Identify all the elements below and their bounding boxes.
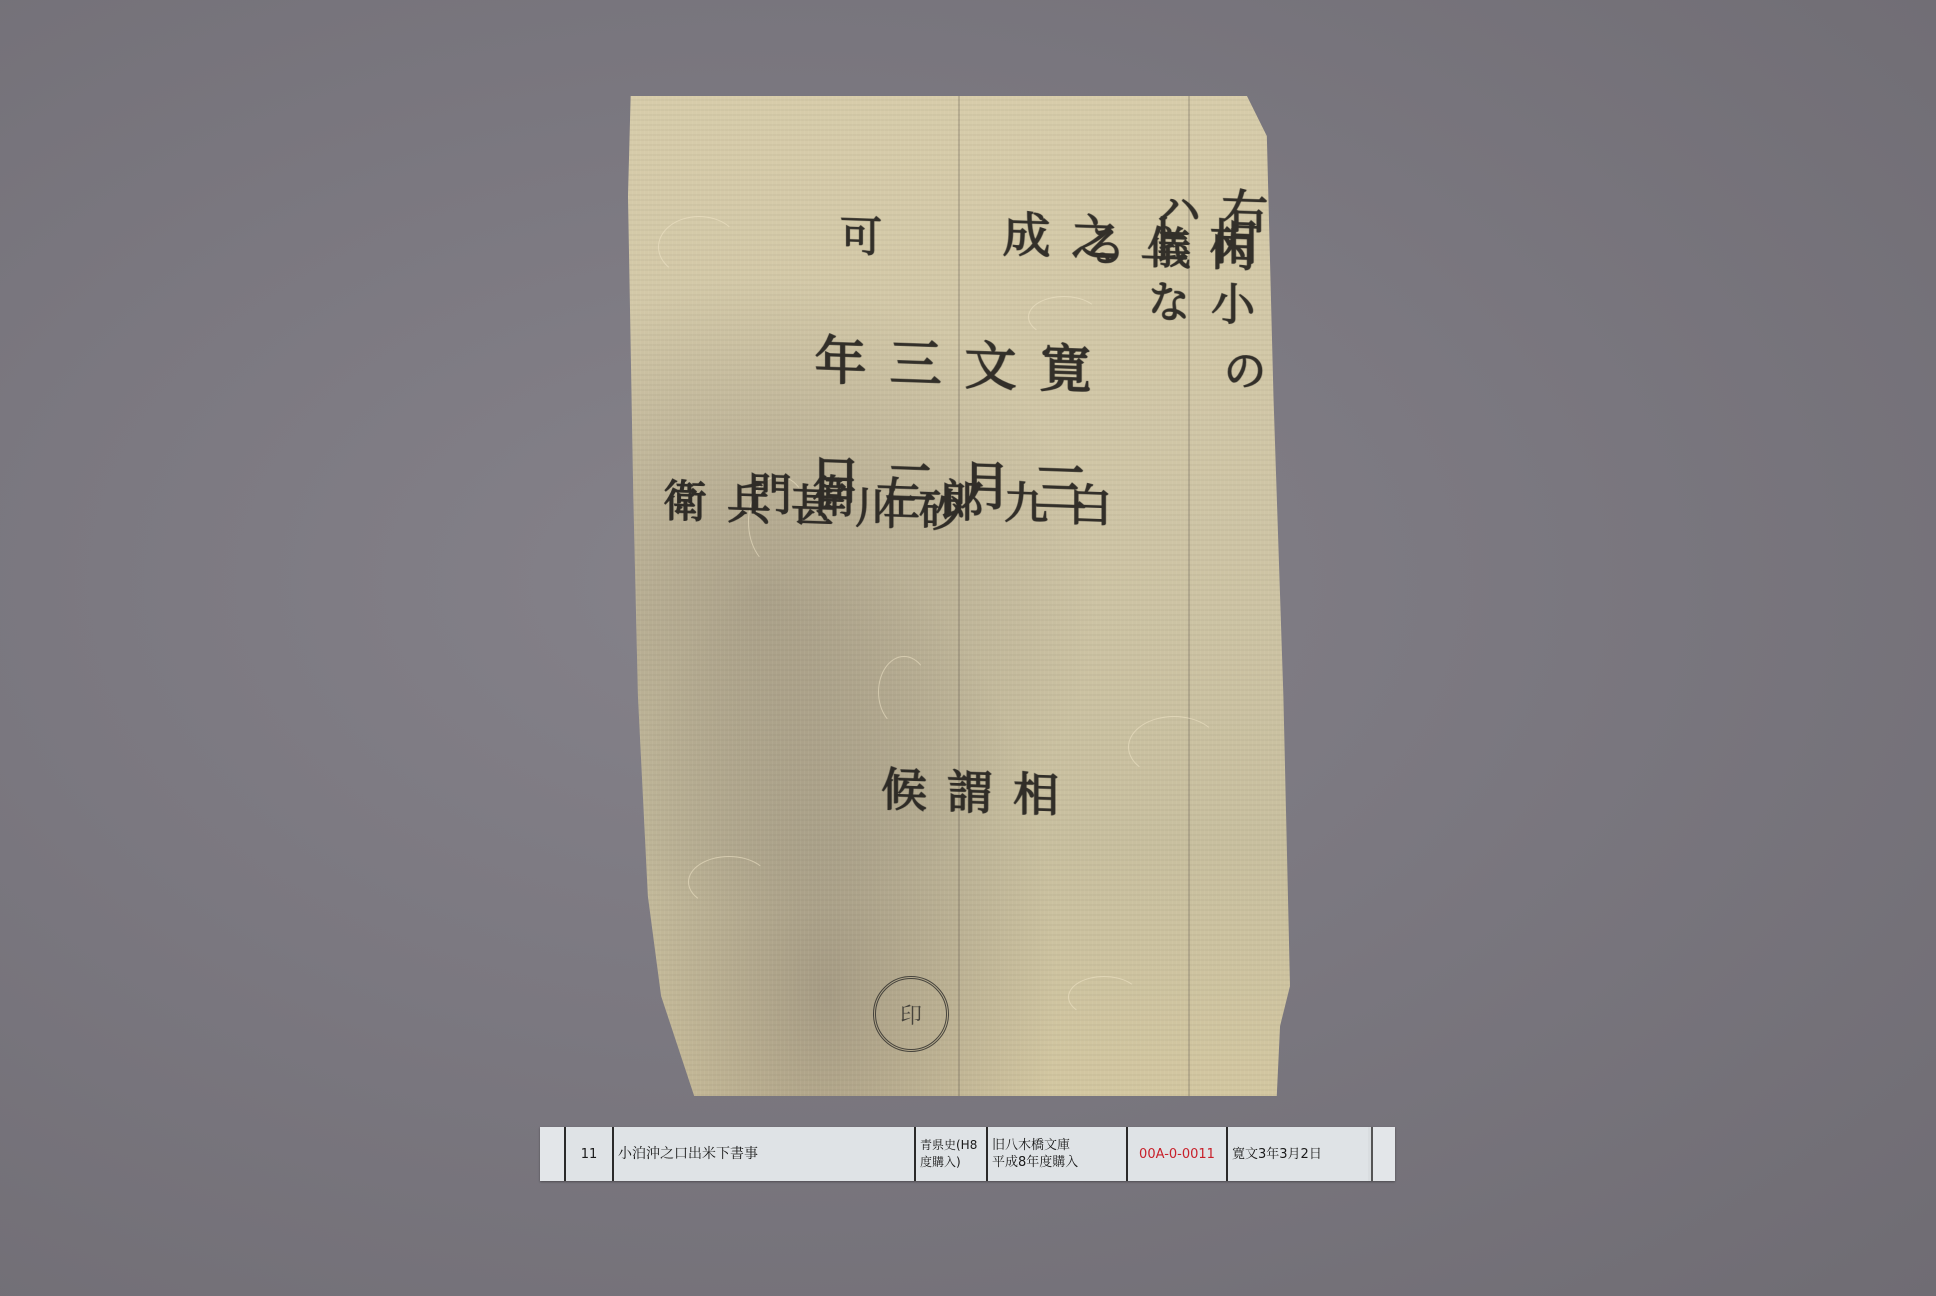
label-date: 寛文3年3月2日: [1226, 1127, 1368, 1181]
label-collection-line2: 平成8年度購入: [992, 1154, 1078, 1171]
label-source-line2: 度購入): [920, 1154, 977, 1171]
label-collection: 旧八木橋文庫 平成8年度購入: [986, 1127, 1126, 1181]
label-source: 青県史(H8 度購入): [914, 1127, 986, 1181]
label-catalog-code: 00A-0-0011: [1126, 1127, 1226, 1181]
calligraphy-column: 小泊沖之口出米下書の: [1208, 346, 1848, 422]
paper-fiber: [1128, 716, 1220, 778]
calligraphy-column: 砂川甚兵衛: [648, 477, 968, 542]
historical-document-paper: 小泊沖之口出米下書の 合米四拾石ハ六年也但来ハ右ハ 御手前々米其内小儀なる 相改…: [628, 96, 1290, 1096]
paper-fiber: [688, 856, 770, 908]
seal-stamp-icon: 印: [873, 976, 949, 1052]
fold-line: [958, 96, 960, 1096]
paper-fiber: [1068, 976, 1140, 1018]
label-number: 11: [564, 1127, 612, 1181]
calligraphy-column: 可: [828, 213, 888, 267]
label-source-line1: 青県史(H8: [920, 1137, 977, 1154]
paper-fiber: [658, 216, 740, 278]
photo-background: 小泊沖之口出米下書の 合米四拾石ハ六年也但来ハ右ハ 御手前々米其内小儀なる 相改…: [0, 0, 1936, 1296]
label-blank-left: [540, 1127, 564, 1181]
catalog-label-strip: 11 小泊沖之口出米下書事 青県史(H8 度購入) 旧八木橋文庫 平成8年度購入…: [540, 1127, 1395, 1181]
label-collection-line1: 旧八木橋文庫: [992, 1137, 1078, 1154]
paper-fiber: [878, 656, 930, 728]
label-title: 小泊沖之口出米下書事: [612, 1127, 914, 1181]
label-blank-right: [1371, 1127, 1395, 1181]
label-catalog-code-text: 00A-0-0011: [1139, 1146, 1215, 1163]
calligraphy-column: 相謂候: [868, 764, 1066, 827]
calligraphy-column: 寛文三年: [798, 332, 1098, 404]
